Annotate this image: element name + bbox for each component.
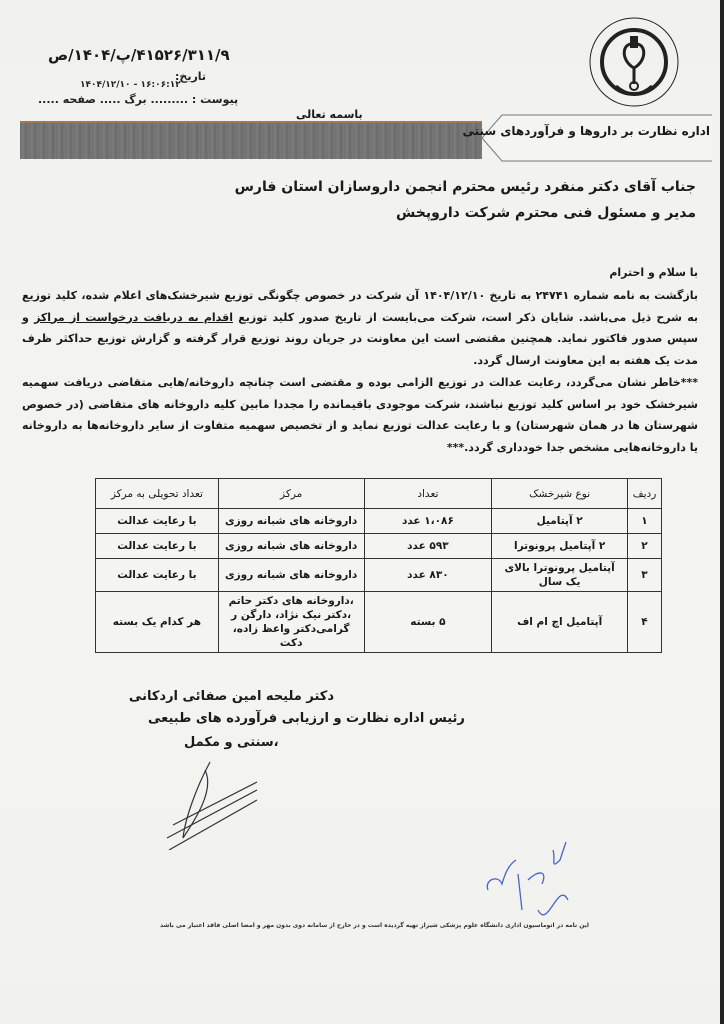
- cell-center: داروخانه های شبانه روزی: [218, 509, 364, 534]
- cell-type: آپتامیل اچ ام اف: [492, 592, 628, 653]
- header-qty: تعداد: [364, 479, 492, 509]
- header-type: نوع شیرخشک: [492, 479, 628, 509]
- table-row: ۳ آپتامیل پرونوترا بالای یک سال ۸۳۰ عدد …: [96, 559, 662, 592]
- table-row: ۲ ۲ آپتامیل پرونوترا ۵۹۳ عدد داروخانه ها…: [96, 534, 662, 559]
- header-delivery: تعداد تحویلی به مرکز: [96, 479, 219, 509]
- letter-number: ۴۱۵۲۶/۳۱۱/۹/پ/۱۴۰۴/ص: [48, 46, 230, 64]
- cell-delivery: با رعایت عدالت: [96, 509, 219, 534]
- cell-index: ۲: [628, 534, 662, 559]
- body-paragraph-1: بازگشت به نامه شماره ۲۴۷۴۱ به تاریخ ۱۴۰۴…: [22, 285, 698, 371]
- scan-edge: [720, 0, 724, 1024]
- attachment-label: پیوست : ......... برگ ..... صفحه .....: [38, 93, 238, 106]
- table-header-row: ردیف نوع شیرخشک تعداد مرکز تعداد تحویلی …: [96, 479, 662, 509]
- cell-center: داروخانه های شبانه روزی: [218, 534, 364, 559]
- signature-icon: [165, 760, 285, 850]
- university-logo-icon: [582, 12, 686, 112]
- date-value: ۱۶:۰۶:۱۲ - ۱۴۰۴/۱۲/۱۰: [80, 80, 181, 90]
- footer-note: این نامه در اتوماسیون اداری دانشگاه علوم…: [160, 922, 589, 929]
- handwritten-annotation-icon: [478, 840, 588, 930]
- greeting: با سلام و احترام: [609, 266, 698, 279]
- cell-type: ۲ آپتامیل: [492, 509, 628, 534]
- signatory-title-2: ،سنتی و مکمل: [184, 735, 279, 750]
- distribution-table: ردیف نوع شیرخشک تعداد مرکز تعداد تحویلی …: [95, 478, 662, 653]
- body-paragraph-2: ***خاطر نشان می‌گردد، رعایت عدالت در توز…: [22, 372, 698, 458]
- cell-type: آپتامیل پرونوترا بالای یک سال: [492, 559, 628, 592]
- banner-arrow-frame: [480, 113, 712, 163]
- cell-delivery: هر کدام یک بسته: [96, 592, 219, 653]
- addressee-line-1: جناب آقای دکتر منفرد رئیس محترم انجمن دا…: [235, 179, 696, 195]
- cell-qty: ۵ بسته: [364, 592, 492, 653]
- table-row: ۱ ۲ آپتامیل ۱،۰۸۶ عدد داروخانه های شبانه…: [96, 509, 662, 534]
- cell-delivery: با رعایت عدالت: [96, 559, 219, 592]
- addressee-line-2: مدیر و مسئول فنی محترم شرکت داروپخش: [396, 205, 696, 221]
- table-row: ۴ آپتامیل اچ ام اف ۵ بسته ،داروخانه های …: [96, 592, 662, 653]
- cell-center: ،داروخانه های دکتر حاتم ،دکتر نیک نژاد، …: [218, 592, 364, 653]
- basmala: باسمه تعالی: [296, 108, 363, 121]
- cell-type: ۲ آپتامیل پرونوترا: [492, 534, 628, 559]
- cell-qty: ۵۹۳ عدد: [364, 534, 492, 559]
- letter-page: ۴۱۵۲۶/۳۱۱/۹/پ/۱۴۰۴/ص تاریخ: ۱۶:۰۶:۱۲ - ۱…: [0, 0, 724, 1024]
- cell-qty: ۱،۰۸۶ عدد: [364, 509, 492, 534]
- cell-index: ۴: [628, 592, 662, 653]
- signatory-name: دکتر ملیحه امین صفائی اردکانی: [129, 689, 334, 704]
- cell-center: داروخانه های شبانه روزی: [218, 559, 364, 592]
- para1-underlined: اقدام به دریافت درخواست از مراکز: [34, 311, 233, 324]
- department-title: اداره نظارت بر داروها و فرآوردهای سنتی: [462, 124, 710, 138]
- header-index: ردیف: [628, 479, 662, 509]
- cell-delivery: با رعایت عدالت: [96, 534, 219, 559]
- signatory-title: رئیس اداره نظارت و ارزیابی فرآورده های ط…: [148, 711, 465, 726]
- header-center: مرکز: [218, 479, 364, 509]
- cell-index: ۱: [628, 509, 662, 534]
- cell-index: ۳: [628, 559, 662, 592]
- cell-qty: ۸۳۰ عدد: [364, 559, 492, 592]
- header-banner: [20, 121, 482, 159]
